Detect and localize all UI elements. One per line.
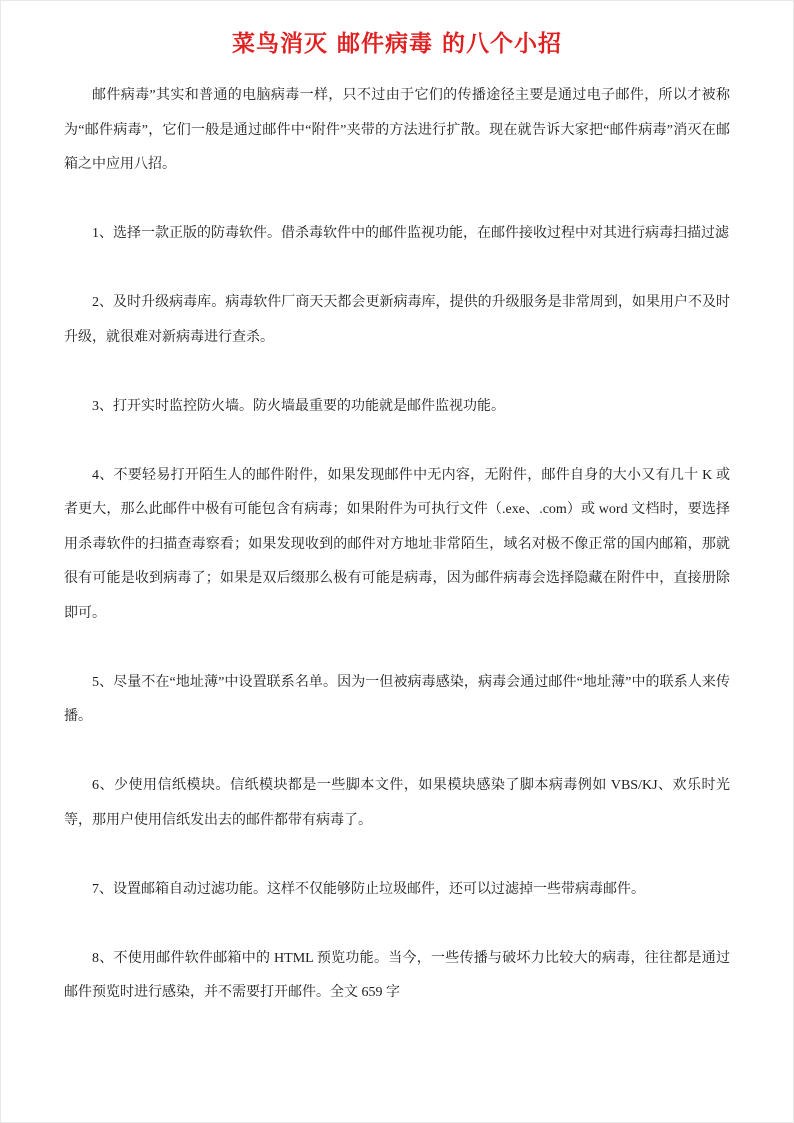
paragraph-tip-2: 2、及时升级病毒库。病毒软件厂商天天都会更新病毒库，提供的升级服务是非常周到，如… bbox=[64, 286, 730, 355]
paragraph-intro: 邮件病毒”其实和普通的电脑病毒一样，只不过由于它们的传播途径主要是通过电子邮件，… bbox=[64, 79, 730, 183]
paragraph-tip-7: 7、设置邮箱自动过滤功能。这样不仅能够防止垃圾邮件，还可以过滤掉一些带病毒邮件。 bbox=[64, 873, 730, 908]
paragraph-tip-1: 1、选择一款正版的防毒软件。借杀毒软件中的邮件监视功能，在邮件接收过程中对其进行… bbox=[64, 217, 730, 252]
paragraph-tip-6: 6、少使用信纸模块。信纸模块都是一些脚本文件，如果模块感染了脚本病毒例如 VBS… bbox=[64, 769, 730, 838]
document-body: 邮件病毒”其实和普通的电脑病毒一样，只不过由于它们的传播途径主要是通过电子邮件，… bbox=[64, 79, 730, 1011]
paragraph-tip-4: 4、不要轻易打开陌生人的邮件附件，如果发现邮件中无内容，无附件，邮件自身的大小又… bbox=[64, 459, 730, 632]
paragraph-tip-8: 8、不使用邮件软件邮箱中的 HTML 预览功能。当今，一些传播与破坏力比较大的病… bbox=[64, 942, 730, 1011]
page-title: 菜鸟消灭 邮件病毒 的八个小招 bbox=[64, 27, 730, 61]
document-page: 菜鸟消灭 邮件病毒 的八个小招 邮件病毒”其实和普通的电脑病毒一样，只不过由于它… bbox=[0, 0, 794, 1123]
paragraph-tip-5: 5、尽量不在“地址薄”中设置联系名单。因为一但被病毒感染，病毒会通过邮件“地址薄… bbox=[64, 666, 730, 735]
paragraph-tip-3: 3、打开实时监控防火墙。防火墙最重要的功能就是邮件监视功能。 bbox=[64, 390, 730, 425]
